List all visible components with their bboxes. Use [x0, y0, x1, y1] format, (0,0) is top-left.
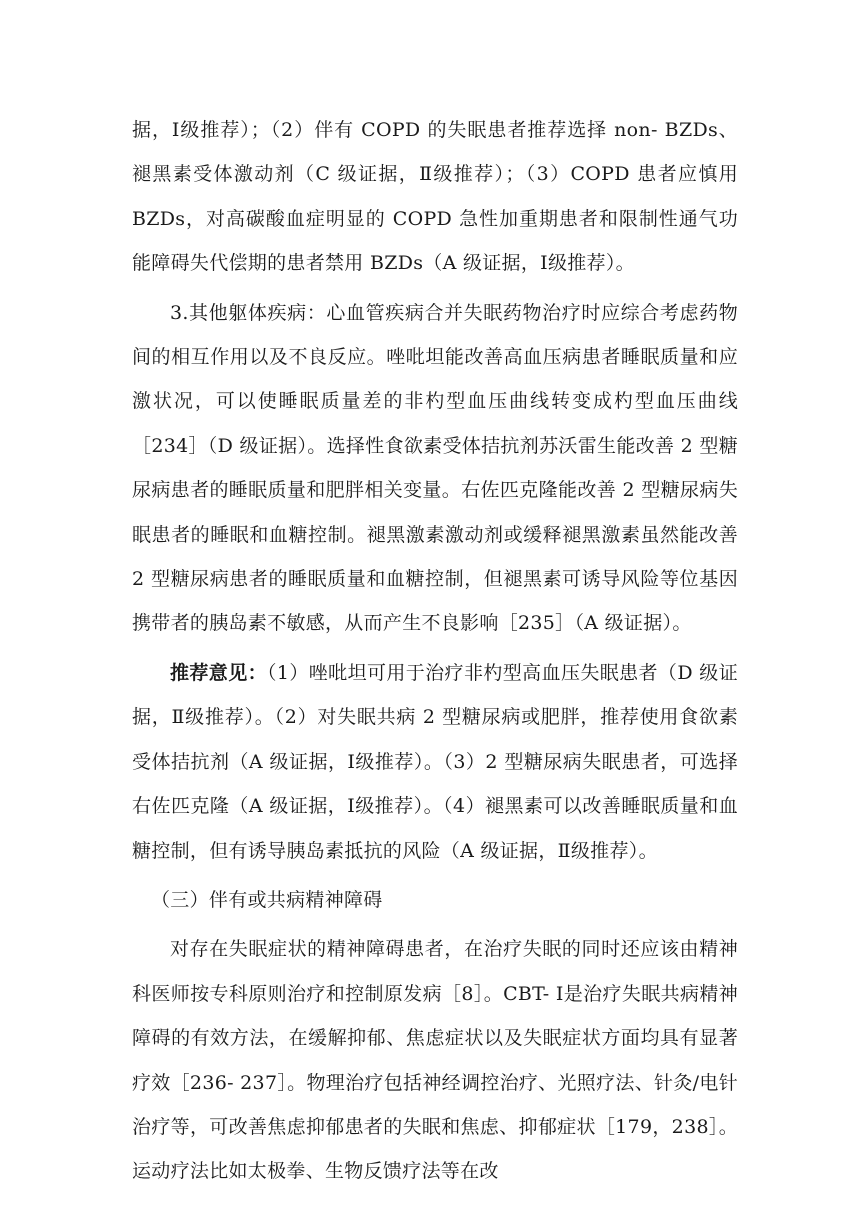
section-heading: （三）伴有或共病精神障碍 — [132, 878, 738, 922]
paragraph-other-somatic-diseases: 3.其他躯体疾病：心血管疾病合并失眠药物治疗时应综合考虑药物间的相互作用以及不良… — [132, 291, 738, 646]
paragraph-psychiatric-comorbidity: 对存在失眠症状的精神障碍患者，在治疗失眠的同时还应该由精神科医师按专科原则治疗和… — [132, 927, 738, 1193]
paragraph-copd-recommendation: 据，Ⅰ级推荐）；（2）伴有 COPD 的失眠患者推荐选择 non- BZDs、褪… — [132, 108, 738, 286]
recommendation-label: 推荐意见： — [170, 662, 267, 684]
recommendation-text: （1）唑吡坦可用于治疗非杓型高血压失眠患者（D 级证据，Ⅱ级推荐）。（2）对失眠… — [132, 662, 738, 862]
paragraph-recommendations: 推荐意见：（1）唑吡坦可用于治疗非杓型高血压失眠患者（D 级证据，Ⅱ级推荐）。（… — [132, 651, 738, 873]
document-page: 据，Ⅰ级推荐）；（2）伴有 COPD 的失眠患者推荐选择 non- BZDs、褪… — [132, 108, 738, 1199]
